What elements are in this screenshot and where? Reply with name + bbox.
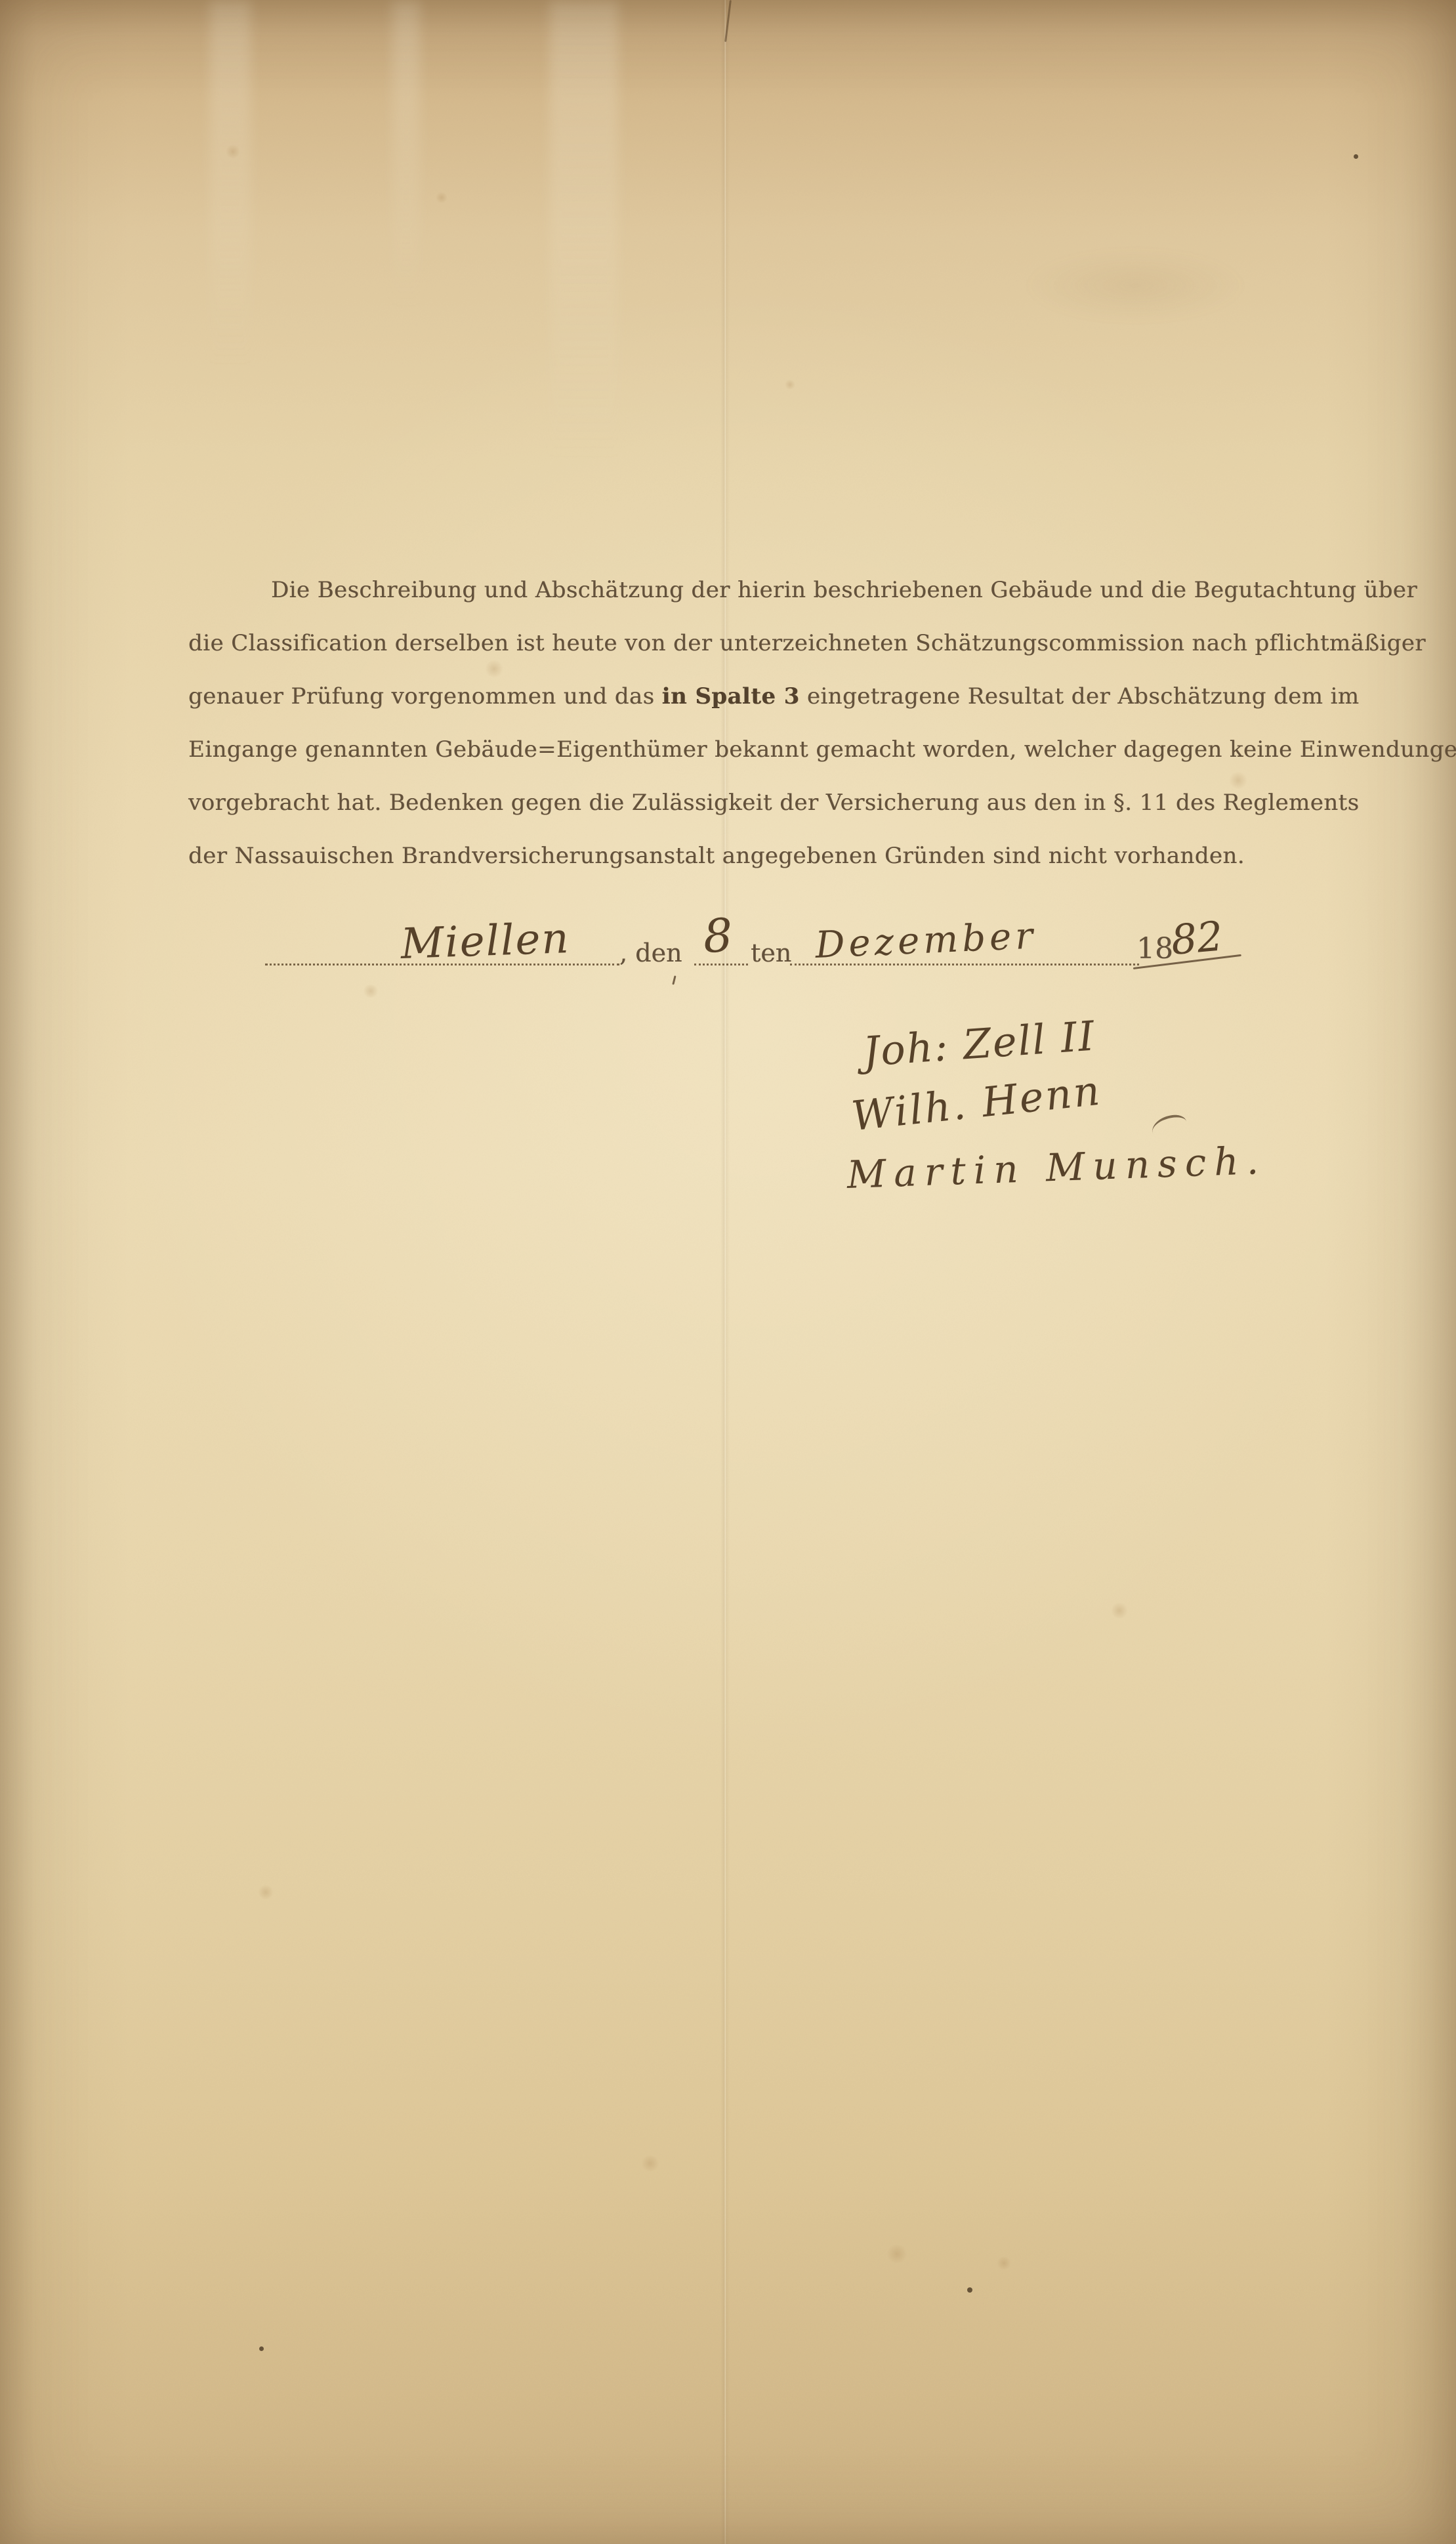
scanned-document-page: Die Beschreibung und Abschätzung der hie… (0, 0, 1456, 2544)
stain-spot (785, 379, 795, 390)
stain-spot (226, 144, 240, 159)
paragraph-line-2: die Classification derselben ist heute v… (188, 617, 1324, 670)
stain-spot (996, 2257, 1012, 2270)
pen-flourish-mark (1150, 1113, 1188, 1133)
dark-speck (967, 2287, 972, 2293)
dark-speck (259, 2346, 264, 2351)
signature-3: Martin Munsch. (846, 1138, 1267, 1197)
stain-spot (362, 985, 379, 998)
paragraph-line-3-bold: in Spalte 3 (662, 683, 800, 710)
paper-streak (210, 0, 251, 407)
printed-den-label: , den (619, 939, 682, 967)
paragraph-line-3-pre: genauer Prüfung vorgenommen und das (188, 683, 662, 710)
paper-grain-texture (0, 0, 1456, 2544)
stain-spot (886, 2245, 908, 2263)
printed-ten-label: ten (751, 939, 791, 967)
stray-ink-tick (672, 975, 676, 985)
edge-crack (724, 0, 732, 42)
stain-spot (436, 192, 447, 203)
day-fill-line (694, 964, 748, 965)
paragraph-line-3-post: eingetragene Resultat der Abschätzung de… (800, 683, 1360, 710)
stain-spot (640, 2155, 660, 2171)
handwritten-year-suffix: 82 (1169, 912, 1225, 964)
body-paragraph: Die Beschreibung und Abschätzung der hie… (188, 564, 1324, 883)
fold-crease (720, 0, 730, 2544)
handwritten-place: Miellen (400, 914, 570, 969)
ink-ghost-smudge (1024, 249, 1247, 322)
paragraph-line-3: genauer Prüfung vorgenommen und das in S… (188, 670, 1324, 723)
stain-spot (1110, 1603, 1129, 1619)
paragraph-line-5: vorgebracht hat. Bedenken gegen die Zulä… (188, 776, 1324, 830)
paragraph-line-4: Eingange genannten Gebäude=Eigenthümer b… (188, 723, 1324, 776)
dark-speck (1354, 154, 1358, 159)
paper-streak (550, 0, 618, 512)
paragraph-line-6: der Nassauischen Brandversicherungsansta… (188, 830, 1324, 883)
paper-streak (392, 0, 420, 341)
printed-year-prefix: 18 (1136, 932, 1173, 965)
handwritten-day: 8 (702, 908, 734, 964)
signature-1: Joh: Zell II (862, 1011, 1097, 1076)
paragraph-line-1: Die Beschreibung und Abschätzung der hie… (188, 564, 1324, 617)
signature-2: Wilh. Henn (849, 1066, 1104, 1140)
handwritten-month: Dezember (814, 914, 1037, 967)
stain-spot (257, 1885, 274, 1899)
